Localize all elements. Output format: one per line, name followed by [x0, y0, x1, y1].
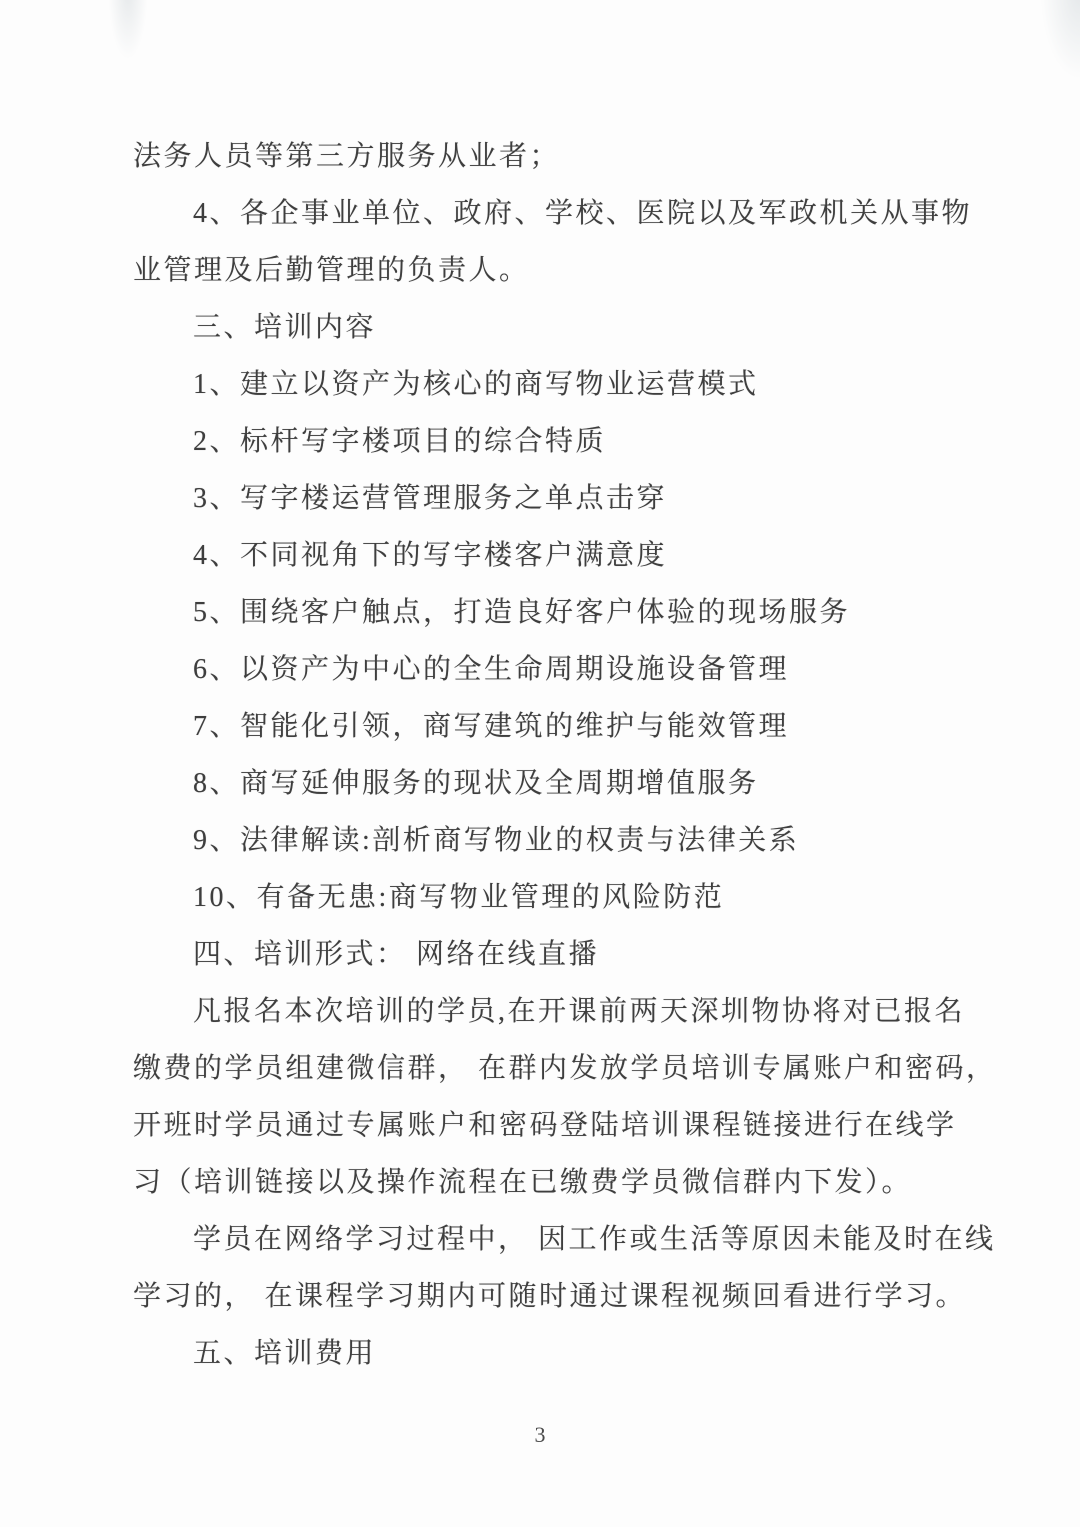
paragraph-continuation-line: 学习的， 在课程学习期内可随时通过课程视频回看进行学习。 [133, 1268, 963, 1325]
section-heading-4: 四、培训形式： 网络在线直播 [133, 926, 963, 983]
list-item-content-1: 1、建立以资产为核心的商写物业运营模式 [133, 356, 963, 413]
list-item-content-5: 5、围绕客户触点，打造良好客户体验的现场服务 [133, 584, 963, 641]
section-heading-3: 三、培训内容 [133, 299, 963, 356]
list-item-content-7: 7、智能化引领，商写建筑的维护与能效管理 [133, 698, 963, 755]
scan-smudge-top-right [1040, 0, 1080, 80]
section-heading-5: 五、培训费用 [133, 1325, 963, 1382]
list-item-content-4: 4、不同视角下的写字楼客户满意度 [133, 527, 963, 584]
paragraph-start-line: 学员在网络学习过程中， 因工作或生活等原因未能及时在线 [133, 1211, 963, 1268]
page-number: 3 [520, 1420, 560, 1450]
paragraph-continuation-line: 法务人员等第三方服务从业者； [133, 128, 963, 185]
scan-smudge-top-left [108, 0, 148, 60]
list-item-content-2: 2、标杆写字楼项目的综合特质 [133, 413, 963, 470]
list-item-content-8: 8、商写延伸服务的现状及全周期增值服务 [133, 755, 963, 812]
paragraph-continuation-line: 习（培训链接以及操作流程在已缴费学员微信群内下发）。 [133, 1154, 963, 1211]
list-item-content-6: 6、以资产为中心的全生命周期设施设备管理 [133, 641, 963, 698]
document-body: 法务人员等第三方服务从业者； 4、各企事业单位、政府、学校、医院以及军政机关从事… [133, 128, 963, 1382]
paragraph-continuation-line: 开班时学员通过专属账户和密码登陆培训课程链接进行在线学 [133, 1097, 963, 1154]
list-item-content-3: 3、写字楼运营管理服务之单点击穿 [133, 470, 963, 527]
list-item-content-9: 9、法律解读:剖析商写物业的权责与法律关系 [133, 812, 963, 869]
paragraph-continuation-line: 业管理及后勤管理的负责人。 [133, 242, 963, 299]
paragraph-start-line: 凡报名本次培训的学员,在开课前两天深圳物协将对已报名 [133, 983, 963, 1040]
list-item-audience-4: 4、各企事业单位、政府、学校、医院以及军政机关从事物 [133, 185, 963, 242]
paragraph-continuation-line: 缴费的学员组建微信群， 在群内发放学员培训专属账户和密码， [133, 1040, 963, 1097]
list-item-content-10: 10、有备无患:商写物业管理的风险防范 [133, 869, 963, 926]
document-page: 法务人员等第三方服务从业者； 4、各企事业单位、政府、学校、医院以及军政机关从事… [0, 0, 1080, 1527]
